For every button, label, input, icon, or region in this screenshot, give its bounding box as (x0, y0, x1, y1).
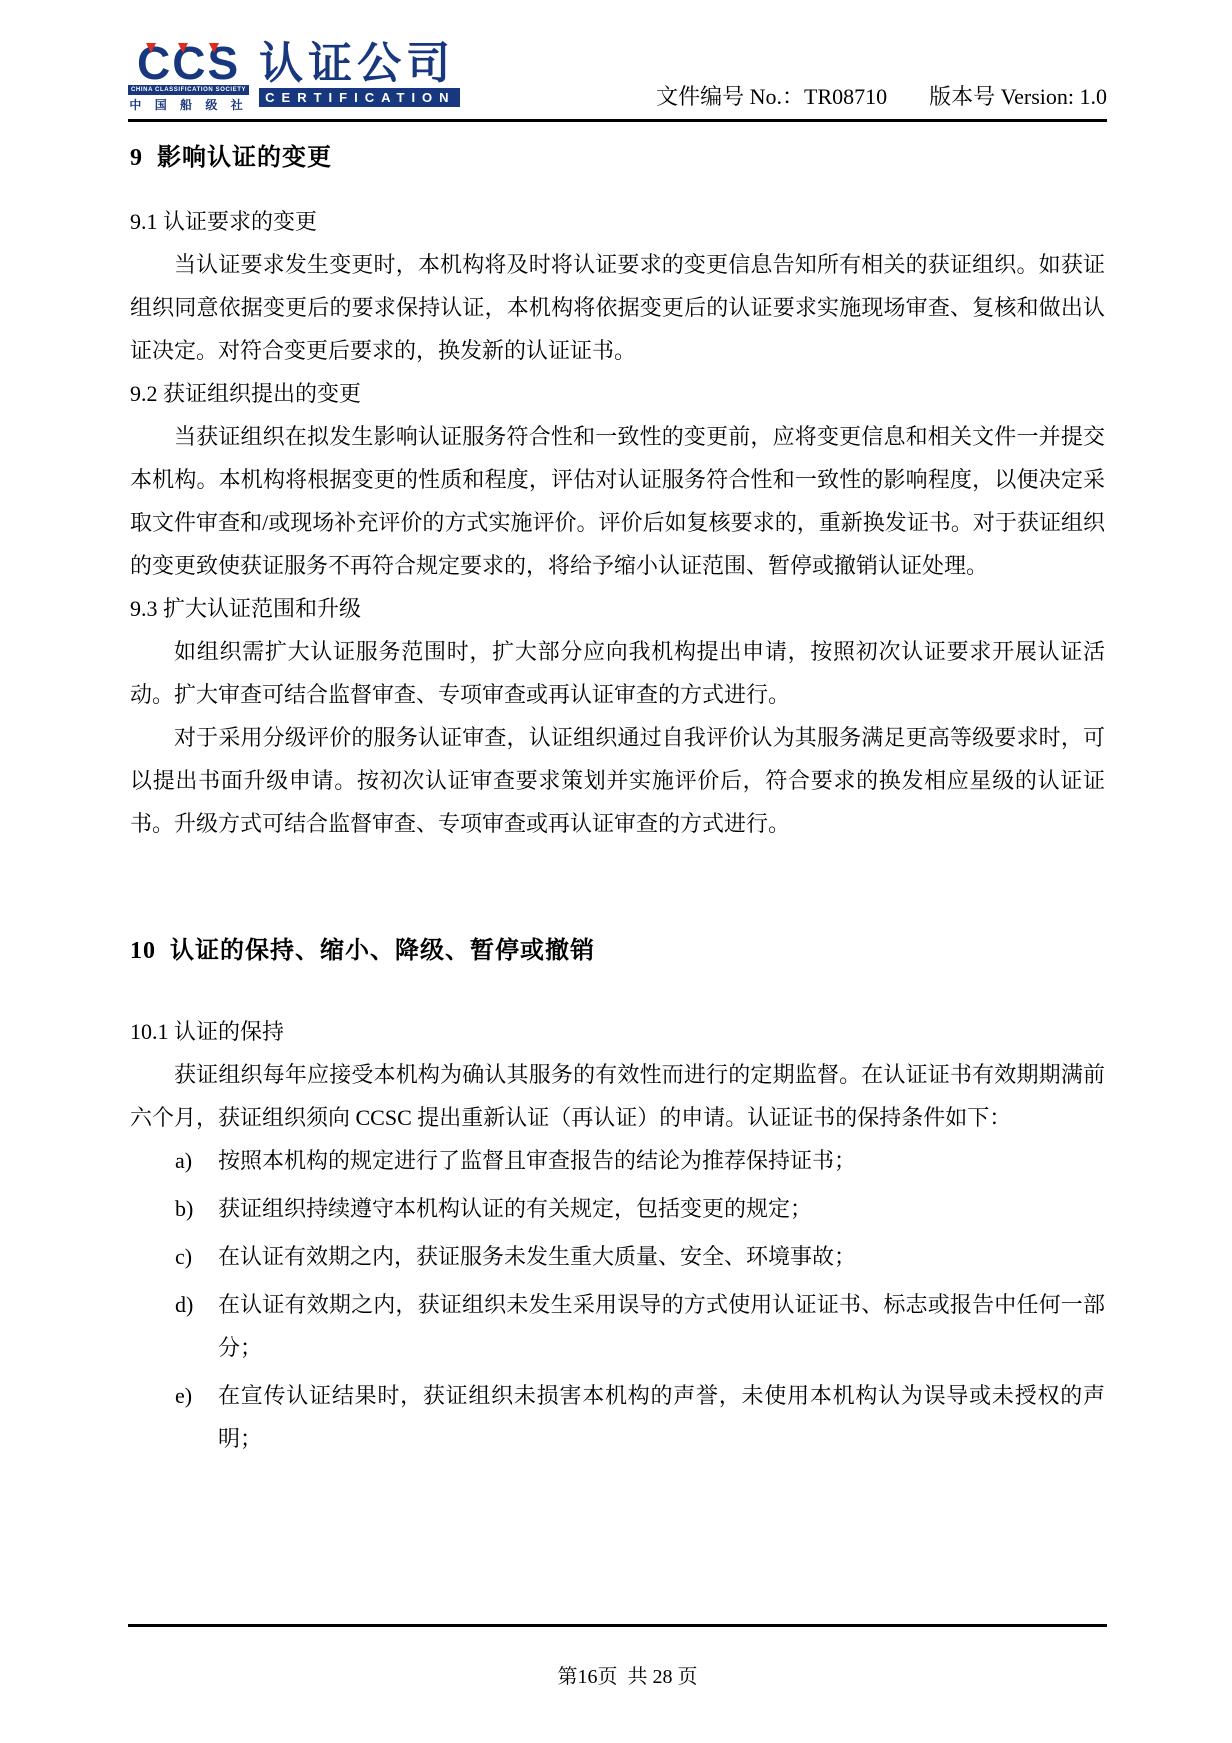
subsection-heading: 9.3 扩大认证范围和升级 (130, 587, 1105, 630)
red-flag-icon (146, 43, 156, 53)
society-name-cn: 中 国 船 级 社 (129, 96, 247, 113)
red-flag-icon (209, 43, 219, 53)
document-meta: 文件编号 No.：TR08710版本号 Version: 1.0 (656, 83, 1107, 113)
list-item-marker: d) (175, 1283, 218, 1369)
list-item-text: 在认证有效期之内，获证服务未发生重大质量、安全、环境事故； (218, 1235, 1105, 1278)
list-item: e)在宣传认证结果时，获证组织未损害本机构的声誉，未使用本机构认为误导或未授权的… (130, 1374, 1105, 1460)
document-version: 版本号 Version: 1.0 (929, 84, 1107, 109)
certification-banner: CERTIFICATION (259, 88, 459, 107)
company-name-cn: 认证公司 (259, 42, 459, 86)
list-item: c)在认证有效期之内，获证服务未发生重大质量、安全、环境事故； (130, 1235, 1105, 1278)
paragraph: 对于采用分级评价的服务认证审查，认证组织通过自我评价认为其服务满足更高等级要求时… (130, 716, 1105, 845)
list-item: b)获证组织持续遵守本机构认证的有关规定，包括变更的规定； (130, 1187, 1105, 1230)
list-item: a)按照本机构的规定进行了监督且审查报告的结论为推荐保持证书； (130, 1139, 1105, 1182)
list-item-marker: c) (175, 1235, 218, 1278)
list-item-marker: a) (175, 1139, 218, 1182)
ccs-logo-wordmark: 认证公司 CERTIFICATION (259, 42, 459, 107)
list-item-marker: e) (175, 1374, 218, 1460)
paragraph: 当获证组织在拟发生影响认证服务符合性和一致性的变更前，应将变更信息和相关文件一并… (130, 415, 1105, 587)
document-number: 文件编号 No.：TR08710 (656, 84, 887, 109)
paragraph: 获证组织每年应接受本机构为确认其服务的有效性而进行的定期监督。在认证证书有效期期… (130, 1053, 1105, 1139)
ccs-logo: CCS CHINA CLASSIFICATION SOCIETY 中 国 船 级… (128, 42, 460, 113)
paragraph: 当认证要求发生变更时，本机构将及时将认证要求的变更信息告知所有相关的获证组织。如… (130, 243, 1105, 372)
subsection-heading: 9.2 获证组织提出的变更 (130, 372, 1105, 415)
document-page: CCS CHINA CLASSIFICATION SOCIETY 中 国 船 级… (0, 0, 1232, 1743)
list-item-text: 按照本机构的规定进行了监督且审查报告的结论为推荐保持证书； (218, 1139, 1105, 1182)
paragraph: 如组织需扩大认证服务范围时，扩大部分应向我机构提出申请，按照初次认证要求开展认证… (130, 630, 1105, 716)
list-item-marker: b) (175, 1187, 218, 1230)
section-heading: 9 影响认证的变更 (130, 141, 1105, 175)
ccs-logo-mark: CCS CHINA CLASSIFICATION SOCIETY 中 国 船 级… (128, 42, 249, 113)
ccs-logo-letters: CCS (137, 42, 240, 84)
red-flag-icon (178, 43, 188, 53)
subsection-heading: 10.1 认证的保持 (130, 1010, 1105, 1053)
list-item-text: 在认证有效期之内，获证组织未发生采用误导的方式使用认证证书、标志或报告中任何一部… (218, 1283, 1105, 1369)
subsection-heading: 9.1 认证要求的变更 (130, 200, 1105, 243)
page-footer: 第16页 共 28 页 (128, 1624, 1107, 1712)
list-item: d)在认证有效期之内，获证组织未发生采用误导的方式使用认证证书、标志或报告中任何… (130, 1283, 1105, 1369)
list-item-text: 获证组织持续遵守本机构认证的有关规定，包括变更的规定； (218, 1187, 1105, 1230)
document-body: 9 影响认证的变更9.1 认证要求的变更当认证要求发生变更时，本机构将及时将认证… (130, 135, 1105, 1460)
page-header: CCS CHINA CLASSIFICATION SOCIETY 中 国 船 级… (128, 42, 1107, 122)
section-heading: 10 认证的保持、缩小、降级、暂停或撤销 (130, 934, 1105, 968)
page-number: 第16页 共 28 页 (558, 1666, 698, 1688)
list-item-text: 在宣传认证结果时，获证组织未损害本机构的声誉，未使用本机构认为误导或未授权的声明… (218, 1374, 1105, 1460)
